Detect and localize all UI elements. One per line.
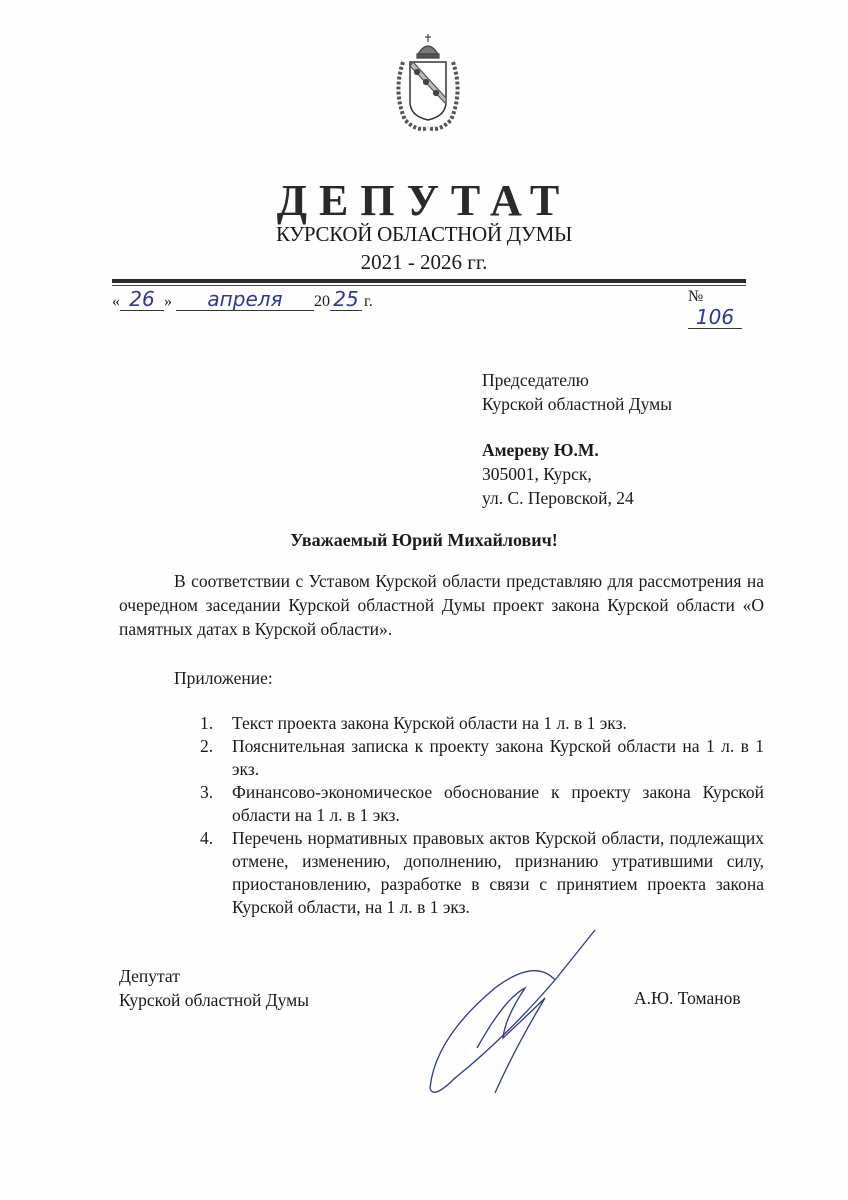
- date-close-quote: »: [164, 293, 172, 310]
- date-number-line: «26»апреля2025г. №106: [112, 288, 752, 318]
- date-day: 26: [120, 288, 164, 311]
- recipient-name: Амереву Ю.М.: [482, 438, 672, 462]
- letterhead-term: 2021 - 2026 гг.: [0, 250, 848, 275]
- letterhead-title: ДЕПУТАТ: [0, 175, 848, 226]
- recipient-block: Председателю Курской областной Думы Амер…: [482, 368, 672, 510]
- coat-of-arms-icon: [393, 32, 463, 136]
- salutation: Уважаемый Юрий Михайлович!: [0, 530, 848, 551]
- number-label: №: [688, 288, 703, 305]
- annex-list: 1.Текст проекта закона Курской области н…: [200, 712, 764, 919]
- letterhead-rule-thick: [112, 279, 746, 283]
- recipient-line1: Председателю: [482, 368, 672, 392]
- signer-position: Депутат Курской областной Думы: [119, 964, 309, 1012]
- recipient-address1: 305001, Курск,: [482, 462, 672, 486]
- document-number: №106: [688, 288, 752, 329]
- annex-item: 1.Текст проекта закона Курской области н…: [200, 712, 764, 735]
- date-year-prefix: 20: [314, 293, 330, 310]
- recipient-address2: ул. С. Перовской, 24: [482, 486, 672, 510]
- body-paragraph: В соответствии с Уставом Курской области…: [119, 569, 764, 641]
- letterhead-subtitle: КУРСКОЙ ОБЛАСТНОЙ ДУМЫ: [0, 222, 848, 247]
- annex-item: 2.Пояснительная записка к проекту закона…: [200, 735, 764, 781]
- annex-label: Приложение:: [174, 668, 273, 689]
- date-month: апреля: [176, 288, 314, 311]
- handwritten-signature-icon: [385, 928, 615, 1098]
- annex-item: 4.Перечень нормативных правовых актов Ку…: [200, 827, 764, 919]
- date-year-unit: г.: [364, 293, 373, 310]
- date-year-suffix: 25: [330, 288, 362, 311]
- number-value: 106: [688, 306, 742, 329]
- date-open-quote: «: [112, 293, 120, 310]
- recipient-line2: Курской областной Думы: [482, 392, 672, 416]
- letterhead-rule-thin: [112, 285, 746, 286]
- annex-item: 3.Финансово-экономическое обоснование к …: [200, 781, 764, 827]
- signer-name: А.Ю. Томанов: [634, 988, 741, 1009]
